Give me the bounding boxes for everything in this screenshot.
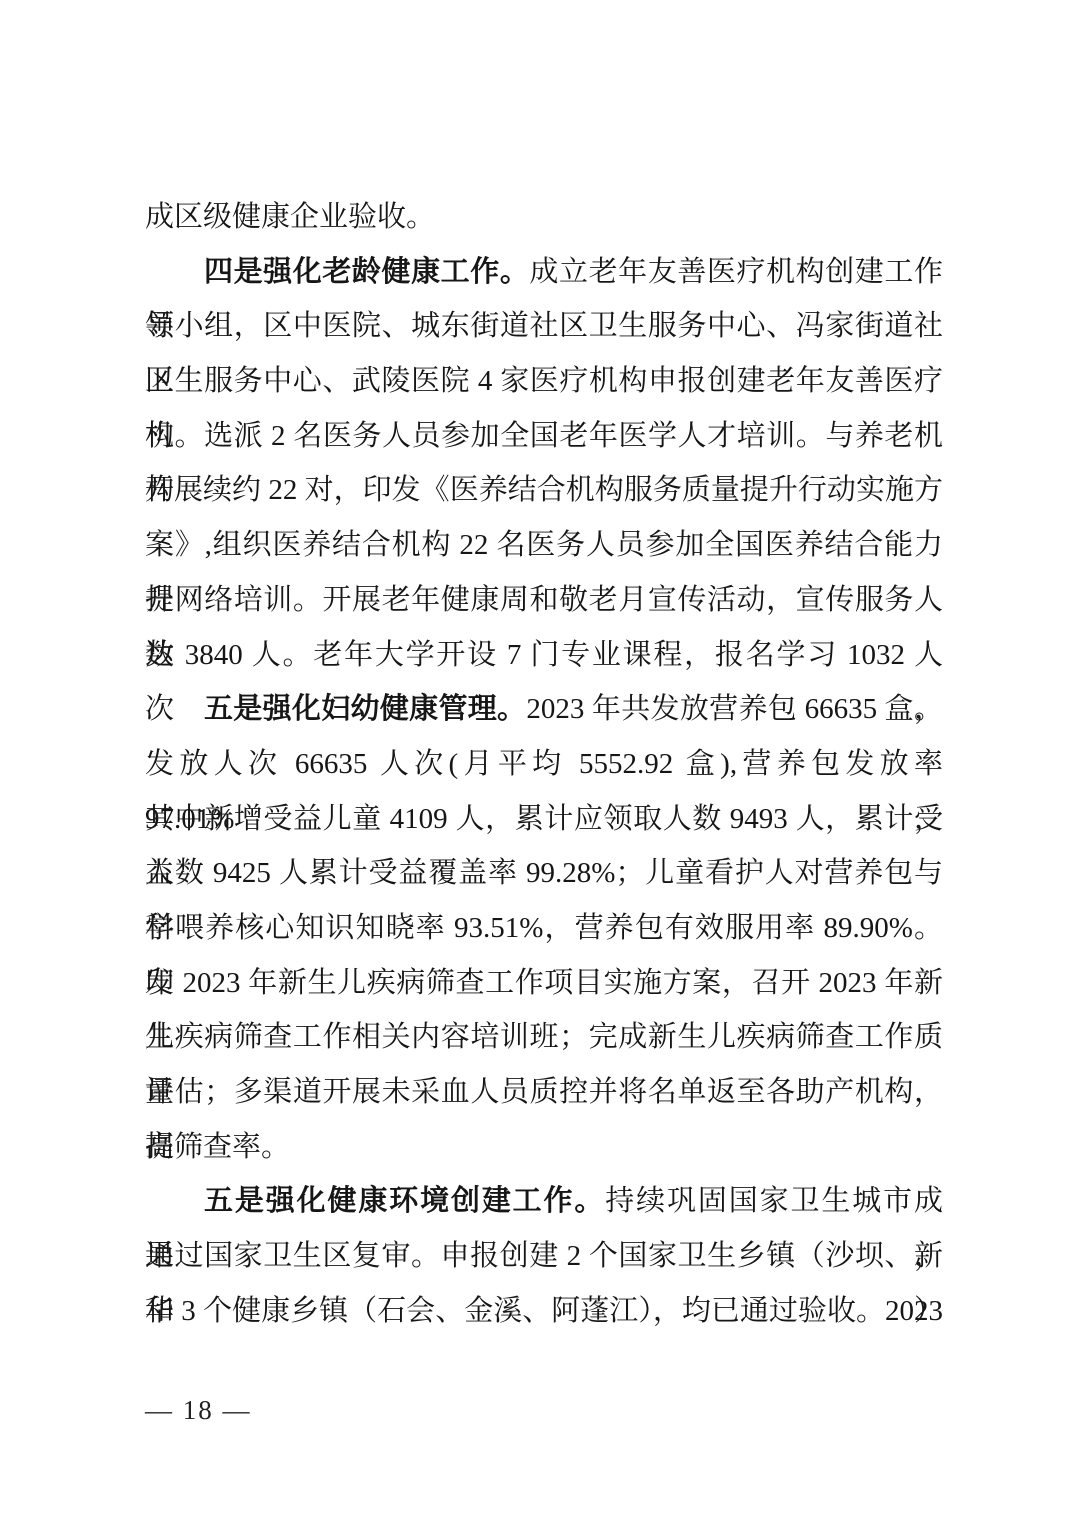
text-line: 案》,组织医养结合机构 22 名医务人员参加全国医养结合能力提 — [145, 518, 943, 573]
text-segment: 成区级健康企业验收。 — [145, 201, 435, 233]
text-line: 通过国家卫生区复审。申报创建 2 个国家卫生乡镇（沙坝、新华） — [145, 1229, 943, 1284]
text-line: 四是强化老龄健康工作。成立老年友善医疗机构创建工作领 — [145, 245, 943, 300]
text-line: 升网络培训。开展老年健康周和敬老月宣传活动，宣传服务人数 — [145, 573, 943, 628]
text-line: 儿疾病筛查工作相关内容培训班；完成新生儿疾病筛查工作质量 — [145, 1010, 943, 1065]
text-line: 五是强化健康环境创建工作。持续巩固国家卫生城市成果， — [145, 1174, 943, 1229]
page-number: — 18 — — [145, 1392, 252, 1428]
text-line: 高筛查率。 — [145, 1120, 943, 1175]
text-line: 导小组，区中医院、城东街道社区卫生服务中心、冯家街道社区 — [145, 299, 943, 354]
document-page: 成区级健康企业验收。四是强化老龄健康工作。成立老年友善医疗机构创建工作领导小组，… — [0, 0, 1074, 1520]
text-line: 发 2023 年新生儿疾病筛查工作项目实施方案，召开 2023 年新生 — [145, 956, 943, 1011]
text-line: 卫生服务中心、武陵医院 4 家医疗机构申报创建老年友善医疗机 — [145, 354, 943, 409]
text-segment: 开展续约 22 对，印发《医养结合机构服务质量提升行动实施方 — [145, 474, 943, 506]
text-segment: 高筛查率。 — [145, 1131, 290, 1163]
paragraph-lead: 四是强化老龄健康工作。 — [204, 256, 529, 288]
text-line: 开展续约 22 对，印发《医养结合机构服务质量提升行动实施方 — [145, 463, 943, 518]
text-line: 发放人次 66635 人次(月平均 5552.92 盒),营养包发放率 97.0… — [145, 737, 943, 792]
paragraph-lead: 五是强化健康环境创建工作。 — [204, 1185, 605, 1217]
text-segment: 和 3 个健康乡镇（石会、金溪、阿蓬江），均已通过验收。2023 — [145, 1295, 943, 1327]
text-line: 达 3840 人。老年大学开设 7 门专业课程，报名学习 1032 人次。 — [145, 628, 943, 683]
paragraph-lead: 五是强化妇幼健康管理。 — [204, 693, 526, 725]
text-line: 构。选派 2 名医务人员参加全国老年医学人才培训。与养老机构 — [145, 409, 943, 464]
text-line: 评估；多渠道开展未采血人员质控并将名单返至各助产机构，提 — [145, 1065, 943, 1120]
text-line: 其中新增受益儿童 4109 人，累计应领取人数 9493 人，累计受益 — [145, 792, 943, 847]
document-body: 成区级健康企业验收。四是强化老龄健康工作。成立老年友善医疗机构创建工作领导小组，… — [145, 190, 943, 1338]
text-line: 成区级健康企业验收。 — [145, 190, 943, 245]
text-line: 学喂养核心知识知晓率 93.51%，营养包有效服用率 89.90%。印 — [145, 901, 943, 956]
text-line: 人数 9425 人累计受益覆盖率 99.28%；儿童看护人对营养包与科 — [145, 846, 943, 901]
text-line: 五是强化妇幼健康管理。2023 年共发放营养包 66635 盒， — [145, 682, 943, 737]
text-segment: 2023 年共发放营养包 66635 盒， — [526, 693, 943, 725]
text-line: 和 3 个健康乡镇（石会、金溪、阿蓬江），均已通过验收。2023 — [145, 1284, 943, 1339]
